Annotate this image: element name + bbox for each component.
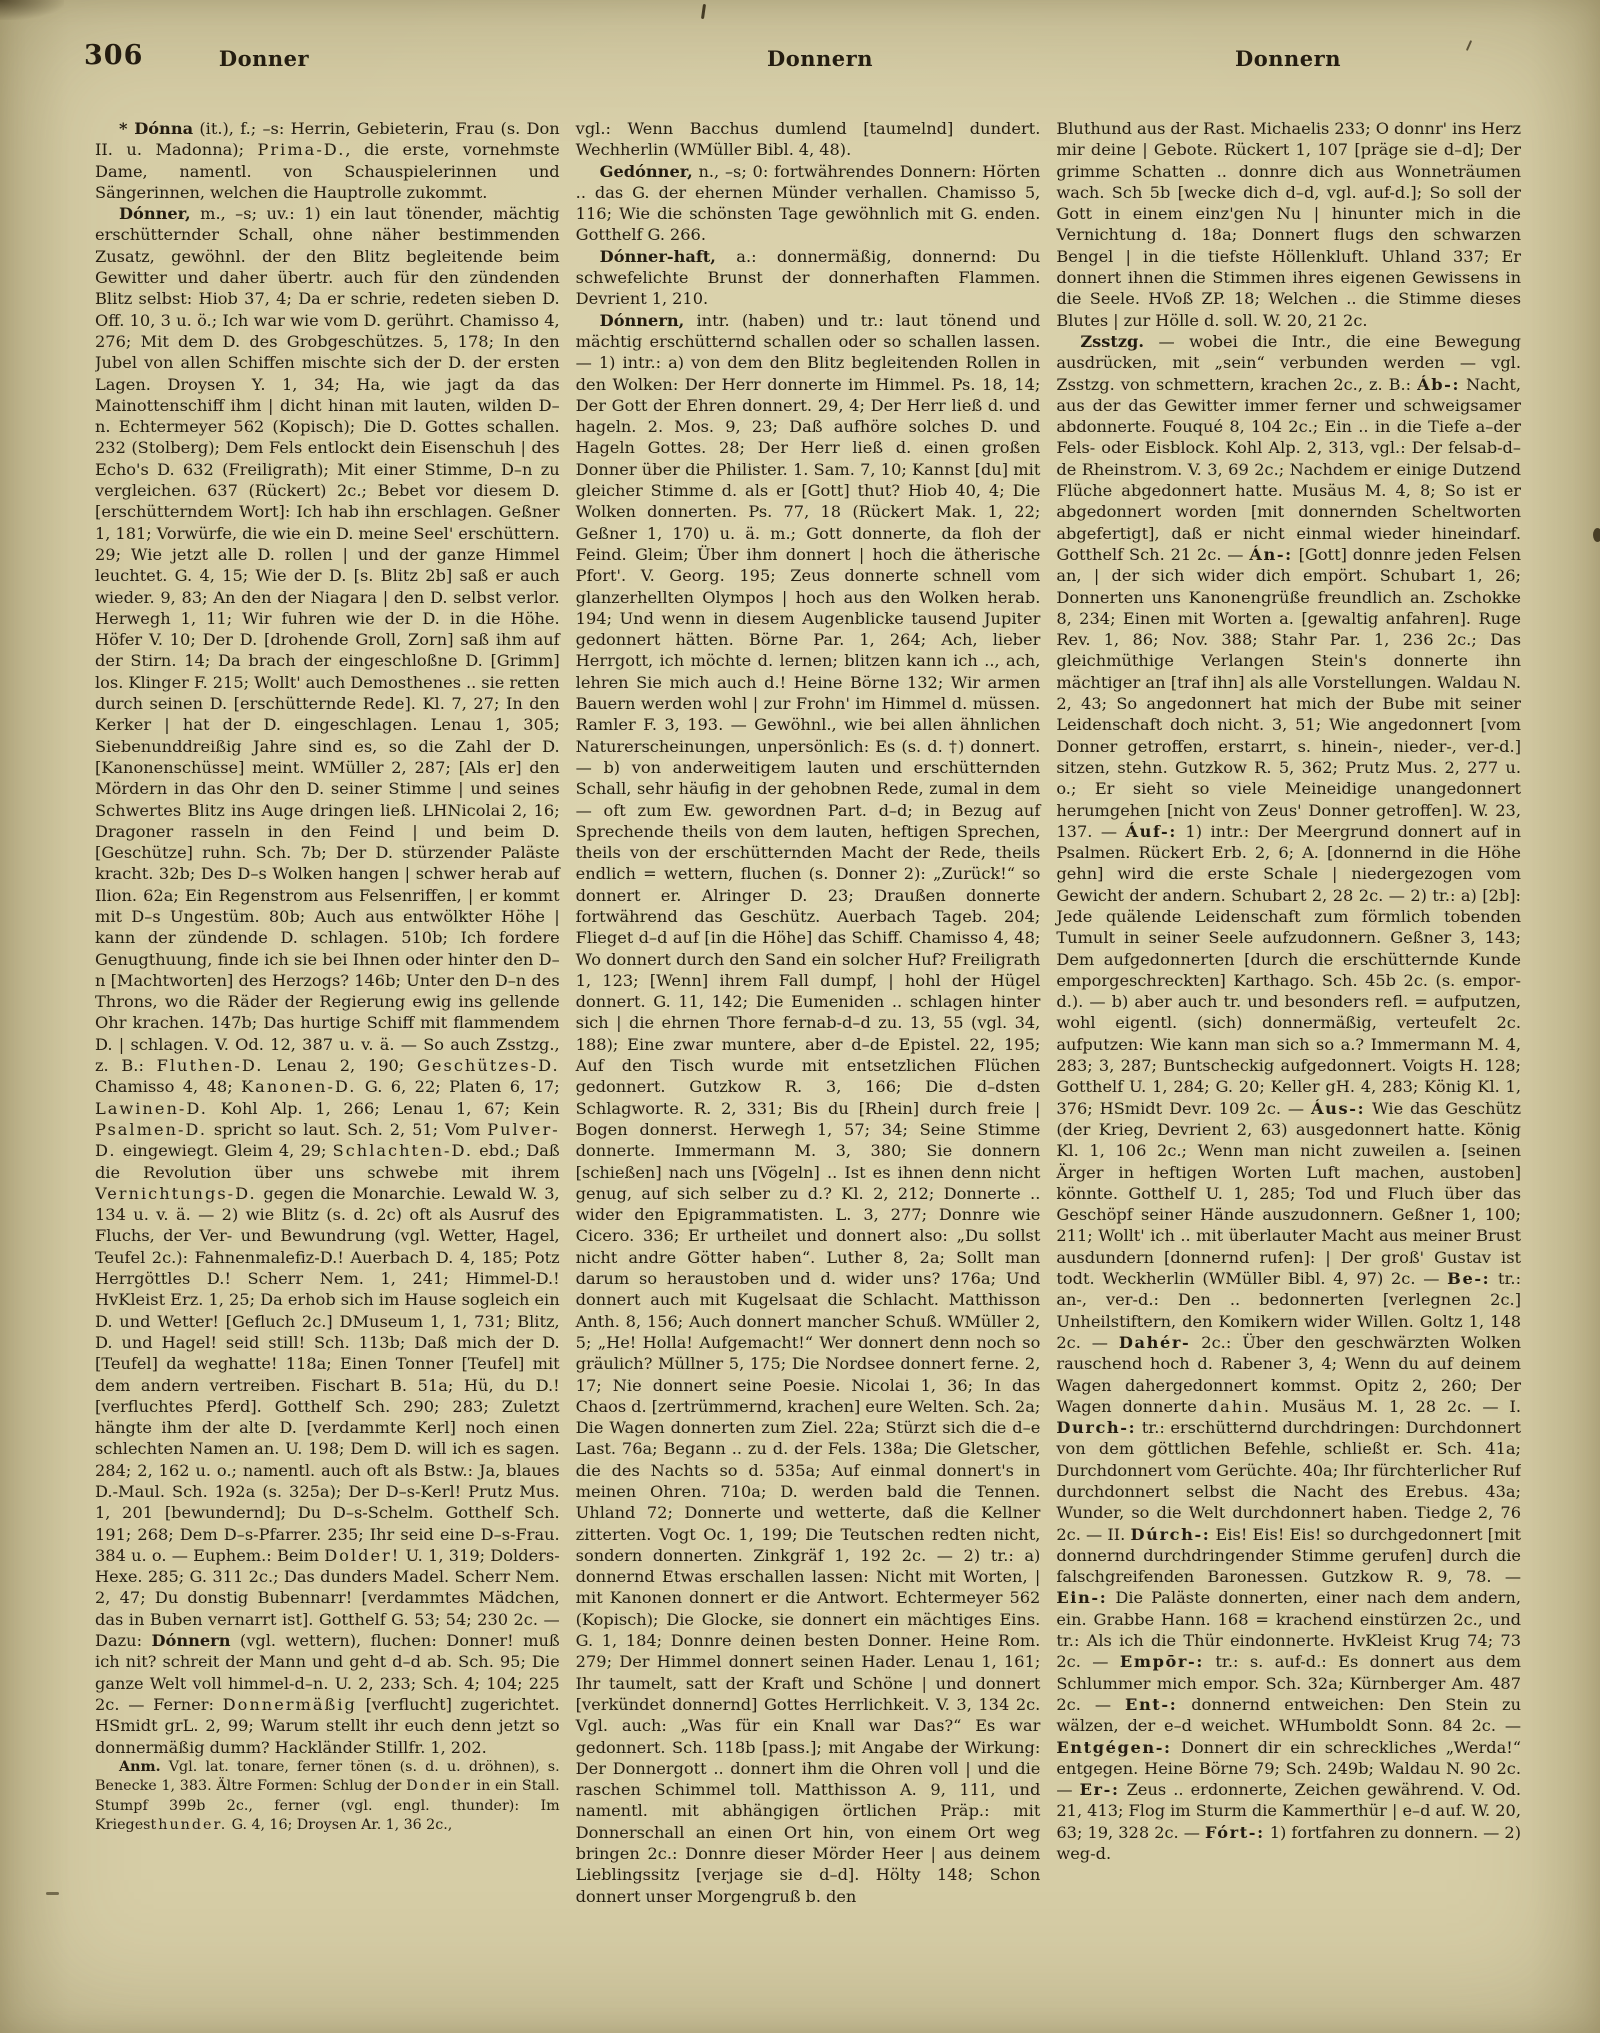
scan-artifact-right-edge: [1593, 528, 1600, 542]
column-2-continuation: vgl.: Wenn Bacchus dumlend [taumelnd] du…: [576, 118, 1041, 161]
entry-donnern: Dónnern, intr. (haben) und tr.: laut tön…: [576, 310, 1041, 1907]
running-head-right: Donnern: [1235, 46, 1341, 71]
column-3: Bluthund aus der Rast. Michaelis 233; O …: [1056, 118, 1521, 2023]
running-head-center: Donnern: [767, 46, 873, 71]
entry-donnern-zusammensetzungen: Zsstzg. — wobei die Intr., die eine Bewe…: [1056, 331, 1521, 1864]
running-head-left: Donner: [219, 46, 309, 71]
entry-donna: * Dónna (it.), f.; –s: Herrin, Gebieteri…: [95, 118, 560, 203]
column-1: * Dónna (it.), f.; –s: Herrin, Gebieteri…: [95, 118, 560, 2023]
entry-donner: Dónner, m., –s; uv.: 1) ein laut tönende…: [95, 203, 560, 1758]
text-columns: * Dónna (it.), f.; –s: Herrin, Gebieteri…: [95, 118, 1521, 2023]
scan-artifact-head-mark: [1466, 40, 1472, 51]
scan-artifact-corner: [0, 0, 64, 20]
scan-artifact-margin-dash: [46, 1892, 59, 1895]
page-number: 306: [84, 40, 143, 71]
entry-gedonner: Gedónner, n., –s; 0: fortwährendes Donne…: [576, 161, 1041, 246]
scan-artifact-top-mark: [701, 4, 706, 19]
entry-donnerhaft: Dónner-haft, a.: donnermäßig, donnernd: …: [576, 246, 1041, 310]
column-2: vgl.: Wenn Bacchus dumlend [taumelnd] du…: [576, 118, 1041, 2023]
dictionary-page: 306 Donner Donnern Donnern * Dónna (it.)…: [0, 0, 1600, 2033]
entry-donner-anmerkung: Anm. Vgl. lat. tonare, ferner tönen (s. …: [95, 1758, 560, 1836]
column-3-continuation: Bluthund aus der Rast. Michaelis 233; O …: [1056, 118, 1521, 331]
